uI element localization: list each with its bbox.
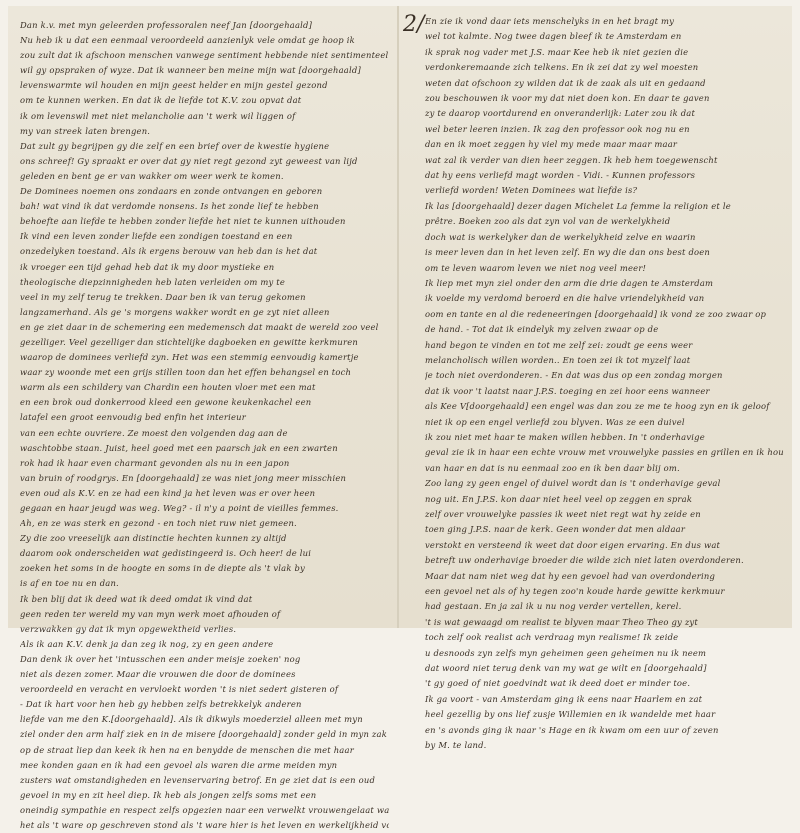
handwritten-line: warm als een schildery van Chardin een h… [20, 380, 389, 395]
handwritten-line: zoeken het soms in de hoogte en soms in … [20, 561, 389, 576]
handwritten-line: van haar en dat is nu eenmaal zoo en ik … [425, 461, 784, 476]
handwritten-line: my van streek laten brengen. [20, 124, 389, 139]
handwritten-line: Nu heb ik u dat een eenmaal veroordeeld … [20, 33, 389, 48]
handwritten-line: dat ik voor 't laatst naar J.P.S. toegin… [425, 384, 784, 399]
handwritten-line: ik zou niet met haar te maken willen heb… [425, 430, 784, 445]
handwritten-line: melancholisch willen worden.. En toen ze… [425, 353, 784, 368]
handwritten-line: van een echte ouvriere. Ze moest den vol… [20, 426, 389, 441]
handwritten-line: Dan k.v. met myn geleerden professoralen… [20, 18, 389, 33]
handwritten-line: ik sprak nog vader met J.S. maar Kee heb… [425, 45, 784, 60]
handwritten-line: Zoo lang zy geen engel of duivel wordt d… [425, 476, 784, 491]
handwritten-line: had gestaan. En ja zal ik u nu nog verde… [425, 599, 784, 614]
handwritten-line: een gevoel net als of hy tegen zoo'n kou… [425, 584, 784, 599]
handwritten-line: Ah, en ze was sterk en gezond - en toch … [20, 516, 389, 531]
handwritten-line: gegaan en haar jeugd was weg. Weg? - il … [20, 501, 389, 516]
handwritten-line: hand begon te vinden en tot me zelf zei:… [425, 338, 784, 353]
handwritten-line: weten dat ofschoon zy wilden dat ik de z… [425, 76, 784, 91]
letter-sheet: Dan k.v. met myn geleerden professoralen… [8, 6, 792, 628]
handwritten-line: dat hy eens verliefd magt worden - Vidi.… [425, 168, 784, 183]
handwritten-line: langzamerhand. Als ge 's morgens wakker … [20, 305, 389, 320]
handwritten-line: doch wat is werkelyker dan de werkelykhe… [425, 230, 784, 245]
handwritten-line: nog uit. En J.P.S. kon daar niet heel ve… [425, 492, 784, 507]
handwritten-line: en een brok oud donkerrood kleed een gew… [20, 395, 389, 410]
handwritten-line: om te kunnen werken. En dat ik de liefde… [20, 93, 389, 108]
handwritten-line: latafel een groot eenvoudig bed enfin he… [20, 410, 389, 425]
handwritten-line: Zy die zoo vreeselijk aan distinctie hec… [20, 531, 389, 546]
handwritten-line: 't is wat gewaagd om realist te blyven m… [425, 615, 784, 630]
handwritten-line: niet ik op een engel verliefd zou blyven… [425, 415, 784, 430]
handwritten-line: de hand. - Tot dat ik eindelyk my zelven… [425, 322, 784, 337]
handwritten-line: geen reden ter wereld my van myn werk mo… [20, 607, 389, 622]
left-page-text: Dan k.v. met myn geleerden professoralen… [20, 18, 389, 635]
handwritten-line: zy te daarop voortdurend en onveranderli… [425, 106, 784, 121]
right-page-text: En zie ik vond daar iets menschelyks in … [425, 14, 784, 635]
handwritten-line: dan en ik moet zeggen hy viel my mede ma… [425, 137, 784, 152]
handwritten-line: oom en tante en al die redeneeringen [do… [425, 307, 784, 322]
handwritten-line: gezelliger. Veel gezelliger dan stichtel… [20, 335, 389, 350]
handwritten-line: waar zy woonde met een grijs stillen too… [20, 365, 389, 380]
handwritten-line: ik voelde my verdomd beroerd en die halv… [425, 291, 784, 306]
handwritten-line: De Dominees noemen ons zondaars en zonde… [20, 184, 389, 199]
handwritten-line: verdonkeremaande zich telkens. En ik zei… [425, 60, 784, 75]
handwritten-line: Maar dat nam niet weg dat hy een gevoel … [425, 569, 784, 584]
handwritten-line: van bruin of roodgrys. En [doorgehaald] … [20, 471, 389, 486]
letter-page-left: Dan k.v. met myn geleerden professoralen… [8, 6, 397, 628]
letter-page-right: 2/ En zie ik vond daar iets menschelyks … [399, 6, 792, 628]
handwritten-line: levenswarmte wil houden en mijn geest he… [20, 78, 389, 93]
handwritten-line: betreft uw onderhavige broeder die wilde… [425, 553, 784, 568]
handwritten-line: ik vroeger een tijd gehad heb dat ik my … [20, 260, 389, 275]
handwritten-line: als Kee V[doorgehaald] een engel was dan… [425, 399, 784, 414]
handwritten-line: is meer leven dan in het leven zelf. En … [425, 245, 784, 260]
handwritten-line: zelf over vrouwelyke passies ik weet nie… [425, 507, 784, 522]
handwritten-line: Dat zult gy begrijpen gy die zelf en een… [20, 139, 389, 154]
handwritten-line: waarop de dominees verliefd zyn. Het was… [20, 350, 389, 365]
handwritten-line: prêtre. Boeken zoo als dat zyn vol van d… [425, 214, 784, 229]
handwritten-line: geleden en bent ge er van wakker om weer… [20, 169, 389, 184]
handwritten-line: veel in my zelf terug te trekken. Daar b… [20, 290, 389, 305]
handwritten-line: rok had ik haar even charmant gevonden a… [20, 456, 389, 471]
handwritten-line: toen ging J.P.S. naar de kerk. Geen wond… [425, 522, 784, 537]
handwritten-line: is af en toe nu en dan. [20, 576, 389, 591]
handwritten-line: Ik las [doorgehaald] dezer dagen Michele… [425, 199, 784, 214]
handwritten-line: daarom ook onderscheiden wat gedistingee… [20, 546, 389, 561]
handwritten-line: Ik ben blij dat ik deed wat ik deed omda… [20, 592, 389, 607]
handwritten-line: wat zal ik verder van dien heer zeggen. … [425, 153, 784, 168]
handwritten-line: onzedelyken toestand. Als ik ergens bero… [20, 244, 389, 259]
handwritten-line: geval zie ik in haar een echte vrouw met… [425, 445, 784, 460]
handwritten-line: verzwakken gy dat ik myn opgewektheid ve… [20, 622, 389, 635]
handwritten-line: verstokt en versteend ik weet dat door e… [425, 538, 784, 553]
handwritten-line: toch zelf ook realist ach verdraag myn r… [425, 630, 784, 635]
handwritten-line: behoefte aan liefde te hebben zonder lie… [20, 214, 389, 229]
handwritten-line: wel beter leeren inzien. Ik zag den prof… [425, 122, 784, 137]
handwritten-line: waschtobbe staan. Juist, heel goed met e… [20, 441, 389, 456]
page-number: 2/ [403, 12, 424, 37]
handwritten-line: Ik liep met myn ziel onder den arm die d… [425, 276, 784, 291]
handwritten-line: je toch niet overdonderen. - En dat was … [425, 368, 784, 383]
handwritten-line: om te leven waarom leven we niet nog vee… [425, 261, 784, 276]
handwritten-line: verliefd worden! Weten Dominees wat lief… [425, 183, 784, 198]
handwritten-line: even oud als K.V. en ze had een kind ja … [20, 486, 389, 501]
handwritten-line: bah! wat vind ik dat verdomde nonsens. I… [20, 199, 389, 214]
handwritten-line: ons schreef! Gy spraakt er over dat gy n… [20, 154, 389, 169]
handwritten-line: zou zult dat ik afschoon menschen vanweg… [20, 48, 389, 63]
handwritten-line: en ge ziet daar in de schemering een med… [20, 320, 389, 335]
handwritten-line: wil gy opspraken of wyze. Dat ik wanneer… [20, 63, 389, 78]
handwritten-line: theologische diepzinnigheden heb laten v… [20, 275, 389, 290]
handwritten-line: wel tot kalmte. Nog twee dagen bleef ik … [425, 29, 784, 44]
handwritten-line: ik om levenswil met niet melancholie aan… [20, 109, 389, 124]
handwritten-line: zou beschouwen ik voor my dat niet doen … [425, 91, 784, 106]
handwritten-line: Ik vind een leven zonder liefde een zond… [20, 229, 389, 244]
handwritten-line: En zie ik vond daar iets menschelyks in … [425, 14, 784, 29]
